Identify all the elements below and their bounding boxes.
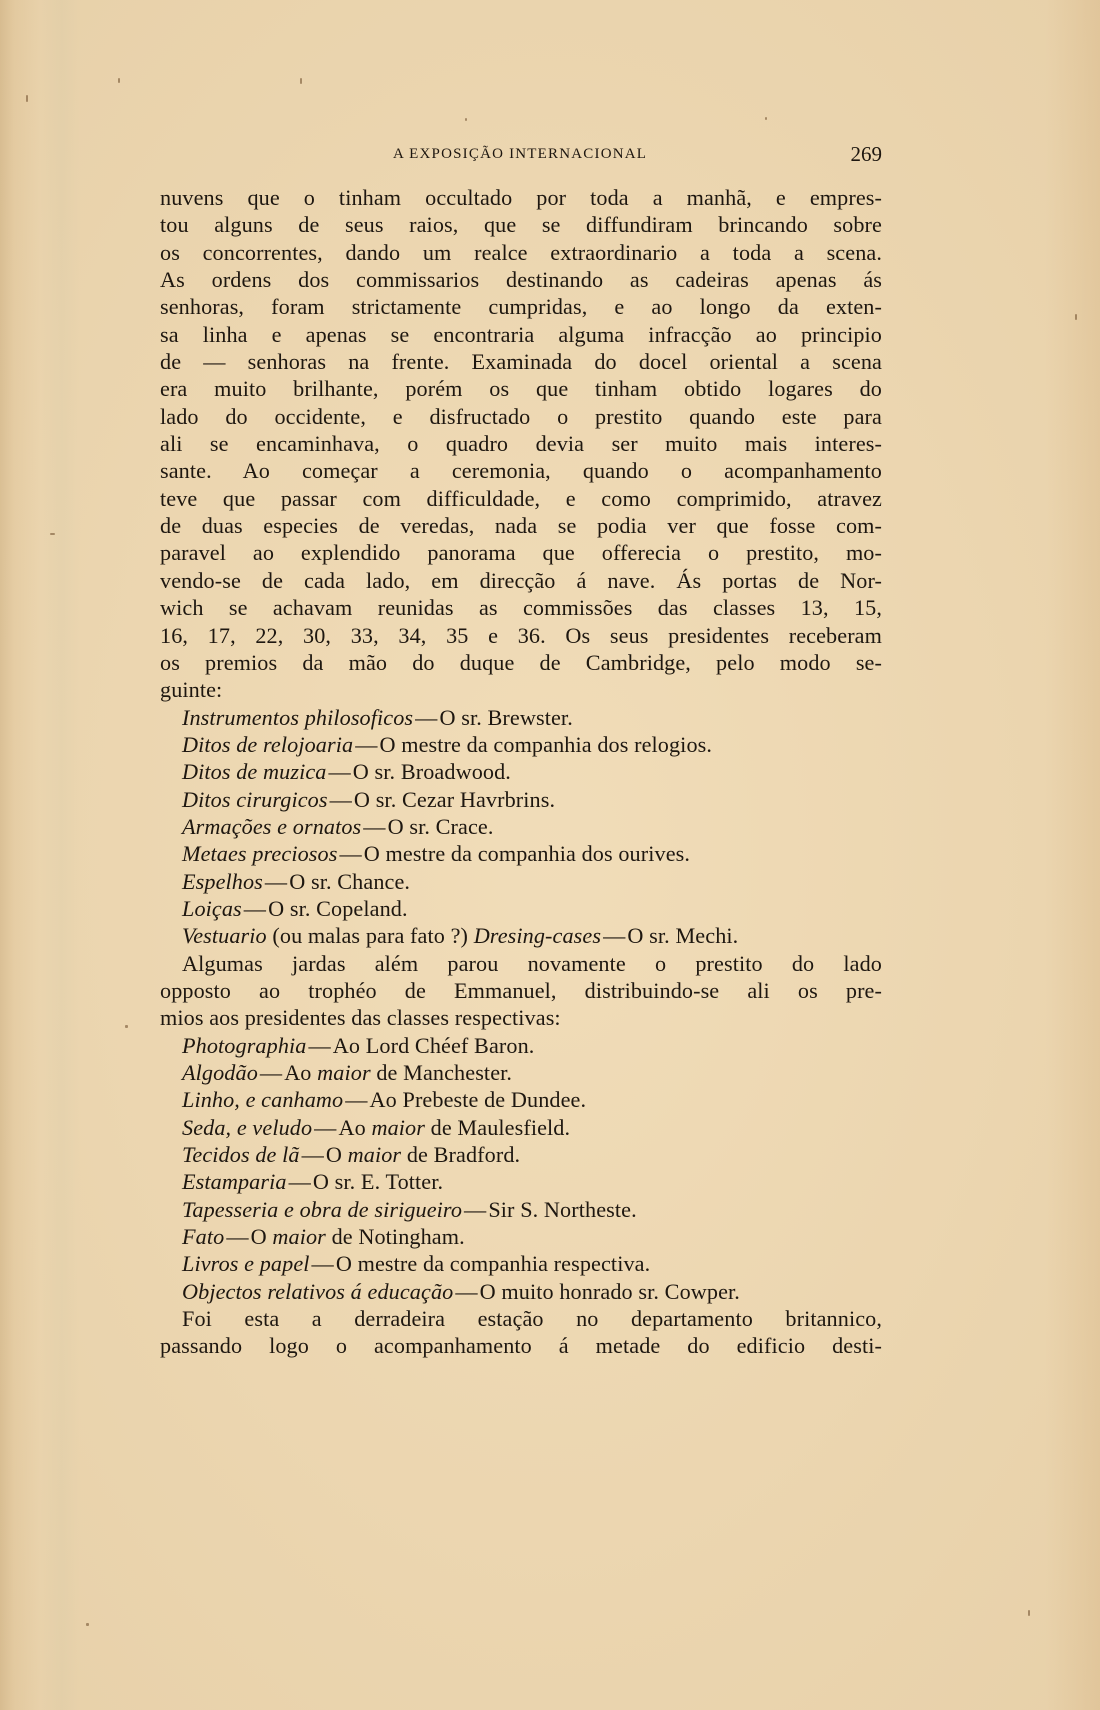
award-category: Seda, e veludo xyxy=(182,1115,312,1140)
em-dash: — xyxy=(413,705,439,730)
paper-speck xyxy=(50,533,55,535)
award-entry: Loiças—O sr. Copeland. xyxy=(160,895,882,922)
paragraph-1: nuvens que o tinham occultado por toda a… xyxy=(160,184,882,704)
text-line: sante. Ao começar a ceremonia, quando o … xyxy=(160,457,882,484)
award-title-italic: maior xyxy=(272,1224,326,1249)
text-line: os concorrentes, dando um realce extraor… xyxy=(160,239,882,266)
running-title: A EXPOSIÇÃO INTERNACIONAL xyxy=(393,146,647,163)
em-dash: — xyxy=(353,732,379,757)
text-line: passando logo o acompanhamento á metade … xyxy=(160,1332,882,1359)
award-prefix: O xyxy=(480,1279,496,1304)
award-category: Instrumentos philosoficos xyxy=(182,705,413,730)
award-recipient: O sr. Mechi. xyxy=(627,923,738,948)
award-note: (ou malas para fato ?) xyxy=(272,923,468,948)
em-dash: — xyxy=(453,1279,479,1304)
award-entry: Espelhos—O sr. Chance. xyxy=(160,868,882,895)
text-line: opposto ao trophéo de Emmanuel, distribu… xyxy=(160,977,882,1004)
award-entry: Tecidos de lã—O maior de Bradford. xyxy=(160,1141,882,1168)
paper-speck xyxy=(300,78,302,84)
text-line: nuvens que o tinham occultado por toda a… xyxy=(160,184,882,211)
award-recipient: O sr. Copeland. xyxy=(268,896,408,921)
em-dash: — xyxy=(601,923,627,948)
award-recipient: Prebeste de Dundee. xyxy=(403,1087,587,1112)
award-category: Tecidos de lã xyxy=(182,1142,300,1167)
award-prefix: Sir xyxy=(488,1197,514,1222)
award-recipient: S. Northeste. xyxy=(520,1197,637,1222)
paper-speck xyxy=(118,78,120,83)
award-entry: Linho, e canhamo—Ao Prebeste de Dundee. xyxy=(160,1086,882,1113)
award-category: Vestuario xyxy=(182,923,267,948)
text-line: As ordens dos commissarios destinando as… xyxy=(160,266,882,293)
award-recipient: de Notingham. xyxy=(332,1224,465,1249)
text-line: os premios da mão do duque de Cambridge,… xyxy=(160,649,882,676)
award-entry: Armações e ornatos—O sr. Crace. xyxy=(160,813,882,840)
paragraph-2: Algumas jardas além parou novamente o pr… xyxy=(160,950,882,1032)
award-category: Ditos cirurgicos xyxy=(182,787,328,812)
awards-list-2: Photographia—Ao Lord Chéef Baron. Algodã… xyxy=(160,1032,882,1305)
award-entry: Vestuario (ou malas para fato ?) Dresing… xyxy=(160,922,882,949)
award-recipient: mestre da companhia respectiva. xyxy=(358,1251,651,1276)
award-title-italic: maior xyxy=(348,1142,402,1167)
text-line: sa linha e apenas se encontraria alguma … xyxy=(160,321,882,348)
paper-speck xyxy=(26,95,28,102)
award-category: Estamparia xyxy=(182,1169,287,1194)
award-category: Livros e papel xyxy=(182,1251,310,1276)
text-line: lado do occidente, e disfructado o prest… xyxy=(160,403,882,430)
em-dash: — xyxy=(312,1115,338,1140)
award-entry: Fato—O maior de Notingham. xyxy=(160,1223,882,1250)
text-line: teve que passar com difficuldade, e como… xyxy=(160,485,882,512)
award-category-alt: Dresing-cases xyxy=(474,923,601,948)
award-category: Algodão xyxy=(182,1060,258,1085)
award-category: Armações e ornatos xyxy=(182,814,361,839)
em-dash: — xyxy=(328,787,354,812)
award-prefix: Ao xyxy=(338,1115,365,1140)
award-entry: Seda, e veludo—Ao maior de Maulesfield. xyxy=(160,1114,882,1141)
em-dash: — xyxy=(224,1224,250,1249)
page-body: nuvens que o tinham occultado por toda a… xyxy=(160,184,882,1360)
award-category: Ditos de relojoaria xyxy=(182,732,353,757)
award-prefix: O xyxy=(251,1224,267,1249)
paper-speck xyxy=(125,1025,128,1028)
award-entry: Instrumentos philosoficos—O sr. Brewster… xyxy=(160,704,882,731)
award-recipient: de Maulesfield. xyxy=(431,1115,571,1140)
award-recipient: O mestre da companhia dos relogios. xyxy=(379,732,712,757)
award-prefix: O xyxy=(313,1169,329,1194)
em-dash: — xyxy=(343,1087,369,1112)
em-dash: — xyxy=(337,841,363,866)
award-category: Espelhos xyxy=(182,869,263,894)
em-dash: — xyxy=(310,1251,336,1276)
award-prefix: Ao xyxy=(370,1087,397,1112)
text-line: wich se achavam reunidas as commissões d… xyxy=(160,594,882,621)
em-dash: — xyxy=(263,869,289,894)
text-line: Algumas jardas além parou novamente o pr… xyxy=(160,950,882,977)
award-title-italic: maior xyxy=(371,1115,425,1140)
em-dash: — xyxy=(326,759,352,784)
paragraph-3: Foi esta a derradeira estação no departa… xyxy=(160,1305,882,1360)
award-entry: Estamparia—O sr. E. Totter. xyxy=(160,1168,882,1195)
award-prefix: O xyxy=(326,1142,342,1167)
award-recipient: O sr. Cezar Havrbrins. xyxy=(354,787,555,812)
award-prefix: Ao xyxy=(333,1033,360,1058)
em-dash: — xyxy=(287,1169,313,1194)
em-dash: — xyxy=(300,1142,326,1167)
paper-speck xyxy=(1075,314,1077,320)
text-line: vendo-se de cada lado, em direcção á nav… xyxy=(160,567,882,594)
paper-speck xyxy=(465,118,467,121)
text-line: Foi esta a derradeira estação no departa… xyxy=(160,1305,882,1332)
text-line: tou alguns de seus raios, que se diffund… xyxy=(160,211,882,238)
award-category: Loiças xyxy=(182,896,242,921)
award-entry: Ditos de relojoaria—O mestre da companhi… xyxy=(160,731,882,758)
em-dash: — xyxy=(361,814,387,839)
award-recipient: muito honrado sr. Cowper. xyxy=(501,1279,740,1304)
text-line: ali se encaminhava, o quadro devia ser m… xyxy=(160,430,882,457)
awards-list-1: Instrumentos philosoficos—O sr. Brewster… xyxy=(160,704,882,950)
em-dash: — xyxy=(306,1033,332,1058)
text-line: guinte: xyxy=(160,676,882,703)
award-recipient: de Manchester. xyxy=(376,1060,512,1085)
award-category: Ditos de muzica xyxy=(182,759,326,784)
award-entry: Metaes preciosos—O mestre da companhia d… xyxy=(160,840,882,867)
em-dash: — xyxy=(242,896,268,921)
award-prefix: O xyxy=(336,1251,352,1276)
text-line: de — senhoras na frente. Examinada do do… xyxy=(160,348,882,375)
award-entry: Algodão—Ao maior de Manchester. xyxy=(160,1059,882,1086)
em-dash: — xyxy=(462,1197,488,1222)
award-recipient: O mestre da companhia dos ourives. xyxy=(364,841,690,866)
text-line: de duas especies de veredas, nada se pod… xyxy=(160,512,882,539)
award-entry: Livros e papel—O mestre da companhia res… xyxy=(160,1250,882,1277)
award-recipient: Lord Chéef Baron. xyxy=(366,1033,535,1058)
award-category: Objectos relativos á educação xyxy=(182,1279,453,1304)
text-line: senhoras, foram strictamente cumpridas, … xyxy=(160,293,882,320)
paper-speck xyxy=(765,117,767,120)
running-head: A EXPOSIÇÃO INTERNACIONAL 269 xyxy=(160,144,882,168)
award-recipient: de Bradford. xyxy=(407,1142,520,1167)
text-line: paravel ao explendido panorama que offer… xyxy=(160,539,882,566)
award-category: Metaes preciosos xyxy=(182,841,337,866)
award-category: Fato xyxy=(182,1224,224,1249)
award-recipient: O sr. Brewster. xyxy=(439,705,572,730)
award-title-italic: maior xyxy=(317,1060,371,1085)
paper-speck xyxy=(86,1623,89,1626)
award-entry: Tapesseria e obra de sirigueiro—Sir S. N… xyxy=(160,1196,882,1223)
award-entry: Ditos de muzica—O sr. Broadwood. xyxy=(160,758,882,785)
award-category: Tapesseria e obra de sirigueiro xyxy=(182,1197,462,1222)
em-dash: — xyxy=(258,1060,284,1085)
paper-speck xyxy=(1028,1610,1030,1616)
award-recipient: O sr. Chance. xyxy=(289,869,410,894)
award-entry: Photographia—Ao Lord Chéef Baron. xyxy=(160,1032,882,1059)
text-line: mios aos presidentes das classes respect… xyxy=(160,1004,882,1031)
award-category: Linho, e canhamo xyxy=(182,1087,343,1112)
award-prefix: Ao xyxy=(284,1060,311,1085)
text-line: 16, 17, 22, 30, 33, 34, 35 e 36. Os seus… xyxy=(160,622,882,649)
page-number: 269 xyxy=(851,142,883,167)
award-entry: Objectos relativos á educação—O muito ho… xyxy=(160,1278,882,1305)
award-recipient: O sr. Broadwood. xyxy=(353,759,511,784)
award-recipient: sr. E. Totter. xyxy=(335,1169,444,1194)
award-category: Photographia xyxy=(182,1033,306,1058)
award-entry: Ditos cirurgicos—O sr. Cezar Havrbrins. xyxy=(160,786,882,813)
award-recipient: O sr. Crace. xyxy=(388,814,494,839)
text-line: era muito brilhante, porém os que tinham… xyxy=(160,375,882,402)
